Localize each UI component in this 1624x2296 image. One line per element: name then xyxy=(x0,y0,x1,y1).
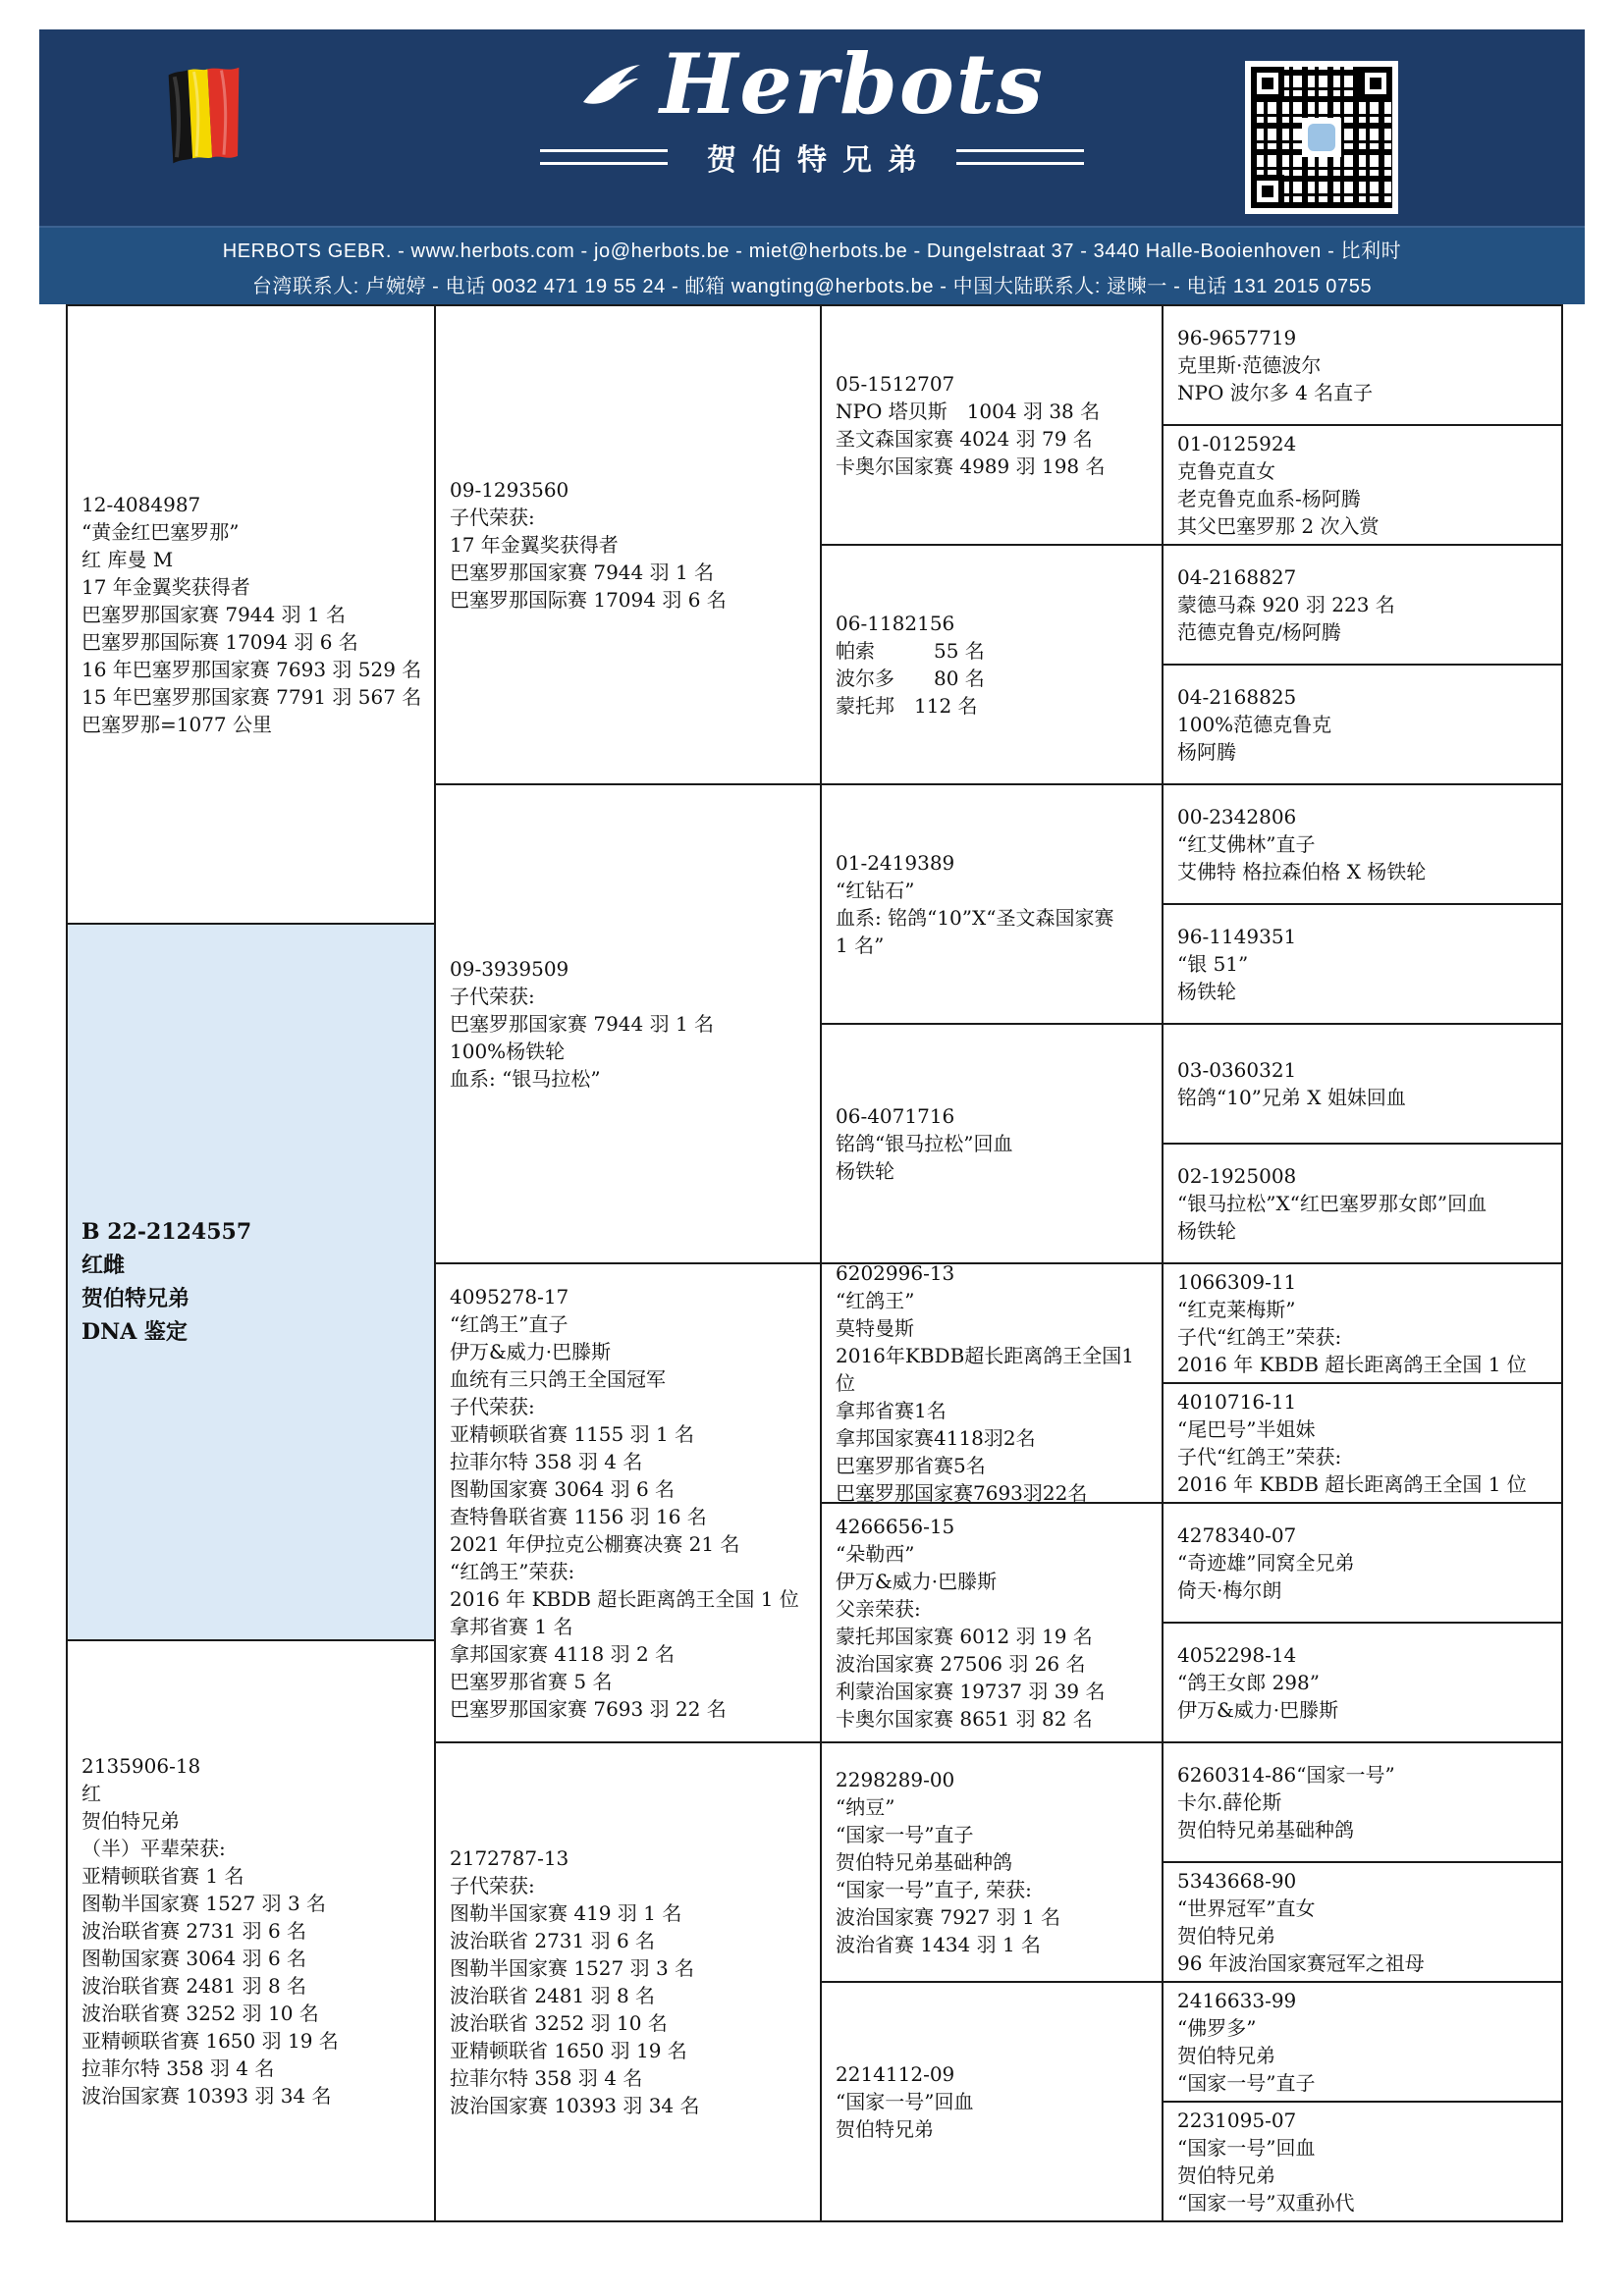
pedigree-cell-col3-row7: 2298289-00 “纳豆” “国家一号”直子 贺伯特兄弟基础种鸽 “国家一号… xyxy=(820,1741,1164,1983)
pedigree-cell-col3-row8: 2214112-09 “国家一号”回血 贺伯特兄弟 xyxy=(820,1981,1164,2222)
pedigree-cell-col3-row3: 01-2419389 “红钻石” 血系: 铭鸽“10”X“圣文森国家赛 1 名” xyxy=(820,783,1164,1025)
qr-center-logo xyxy=(1302,118,1341,157)
pedigree-cell-col4-row8: 02-1925008 “银马拉松”X“红巴塞罗那女郎”回血 杨铁轮 xyxy=(1162,1143,1563,1264)
pedigree-cell-col4-row7: 03-0360321 铭鸽“10”兄弟 X 姐妹回血 xyxy=(1162,1023,1563,1145)
pedigree-cell-col4-row12: 4052298-14 “鸽王女郎 298” 伊万&威力·巴滕斯 xyxy=(1162,1622,1563,1743)
qr-finder-icon xyxy=(1359,67,1392,100)
pedigree-cell-col4-row16: 2231095-07 “国家一号”回血 贺伯特兄弟 “国家一号”双重孙代 xyxy=(1162,2101,1563,2222)
pedigree-cell-col4-row11: 4278340-07 “奇迹雄”同窝全兄弟 倚天·梅尔朗 xyxy=(1162,1502,1563,1624)
qr-finder-icon xyxy=(1251,175,1284,208)
pedigree-cell-col4-row4: 04-2168825 100%范德克鲁克 杨阿腾 xyxy=(1162,664,1563,785)
logo-rule-right xyxy=(956,149,1084,165)
pedigree-cell-col4-row6: 96-1149351 “银 51” 杨铁轮 xyxy=(1162,903,1563,1025)
pedigree-cell-sire-summary: 12-4084987 “黄金红巴塞罗那” 红 库曼 M 17 年金翼奖获得者 巴… xyxy=(66,304,436,925)
qr-pattern xyxy=(1251,67,1392,208)
logo-wordmark: Herbots xyxy=(660,41,1045,128)
subject-bird-cell: B 22-2124557 红雌 贺伯特兄弟 DNA 鉴定 xyxy=(66,923,436,1641)
pedigree-cell-col4-row14: 5343668-90 “世界冠军”直女 贺伯特兄弟 96 年波治国家赛冠军之祖母 xyxy=(1162,1861,1563,1983)
feather-icon xyxy=(579,59,650,110)
pedigree-cell-col2-row3: 4095278-17 “红鸽王”直子 伊万&威力·巴滕斯 血统有三只鸽王全国冠军… xyxy=(434,1262,822,1743)
pedigree-cell-col4-row2: 01-0125924 克鲁克直女 老克鲁克血系-杨阿腾 其父巴塞罗那 2 次入赏 xyxy=(1162,424,1563,546)
pedigree-cell-col4-row15: 2416633-99 “佛罗多” 贺伯特兄弟 “国家一号”直子 xyxy=(1162,1981,1563,2103)
contact-band: HERBOTS GEBR. - www.herbots.com - jo@her… xyxy=(39,226,1585,304)
pedigree-cell-col3-row4: 06-4071716 铭鸽“银马拉松”回血 杨铁轮 xyxy=(820,1023,1164,1264)
contacts-line: 台湾联系人: 卢婉婷 - 电话 0032 471 19 55 24 - 邮箱 w… xyxy=(252,270,1372,298)
pedigree-cell-col4-row10: 4010716-11 “尾巴号”半姐妹 子代“红鸽王”荣获: 2016 年 KB… xyxy=(1162,1382,1563,1504)
header-banner: Herbots 贺伯特兄弟 xyxy=(39,29,1585,226)
pedigree-cell-dam-summary: 2135906-18 红 贺伯特兄弟 （半）平辈荣获: 亚精顿联省赛 1 名 图… xyxy=(66,1639,436,2222)
pedigree-cell-col4-row3: 04-2168827 蒙德马森 920 羽 223 名 范德克鲁克/杨阿腾 xyxy=(1162,544,1563,666)
qr-code xyxy=(1245,61,1398,214)
pedigree-cell-col2-row4: 2172787-13 子代荣获: 图勒半国家赛 419 羽 1 名 波治联省 2… xyxy=(434,1741,822,2222)
pedigree-cell-col3-row1: 05-1512707 NPO 塔贝斯 1004 羽 38 名 圣文森国家赛 40… xyxy=(820,304,1164,546)
pedigree-cell-col4-row5: 00-2342806 “红艾佛林”直子 艾佛特 格拉森伯格 X 杨铁轮 xyxy=(1162,783,1563,905)
qr-finder-icon xyxy=(1251,67,1284,100)
company-info-line: HERBOTS GEBR. - www.herbots.com - jo@her… xyxy=(223,235,1402,263)
pedigree-cell-col3-row2: 06-1182156 帕索 55 名 波尔多 80 名 蒙托邦 112 名 xyxy=(820,544,1164,785)
pedigree-cell-col4-row1: 96-9657719 克里斯·范德波尔 NPO 波尔多 4 名直子 xyxy=(1162,304,1563,426)
logo-chinese-name: 贺伯特兄弟 xyxy=(691,135,933,179)
pedigree-cell-col4-row9: 1066309-11 “红克莱梅斯” 子代“红鸽王”荣获: 2016 年 KBD… xyxy=(1162,1262,1563,1384)
pedigree-cell-col2-row1: 09-1293560 子代荣获: 17 年金翼奖获得者 巴塞罗那国家赛 7944… xyxy=(434,304,822,785)
pedigree-cell-col3-row6: 4266656-15 “朵勒西” 伊万&威力·巴滕斯 父亲荣获: 蒙托邦国家赛 … xyxy=(820,1502,1164,1743)
pedigree-cell-col2-row2: 09-3939509 子代荣获: 巴塞罗那国家赛 7944 羽 1 名 100%… xyxy=(434,783,822,1264)
pedigree-cell-col3-row5: 6202996-13 “红鸽王” 莫特曼斯 2016年KBDB超长距离鸽王全国1… xyxy=(820,1262,1164,1504)
logo-rule-left xyxy=(540,149,668,165)
pedigree-cell-col4-row13: 6260314-86“国家一号” 卡尔.薛伦斯 贺伯特兄弟基础种鸽 xyxy=(1162,1741,1563,1863)
